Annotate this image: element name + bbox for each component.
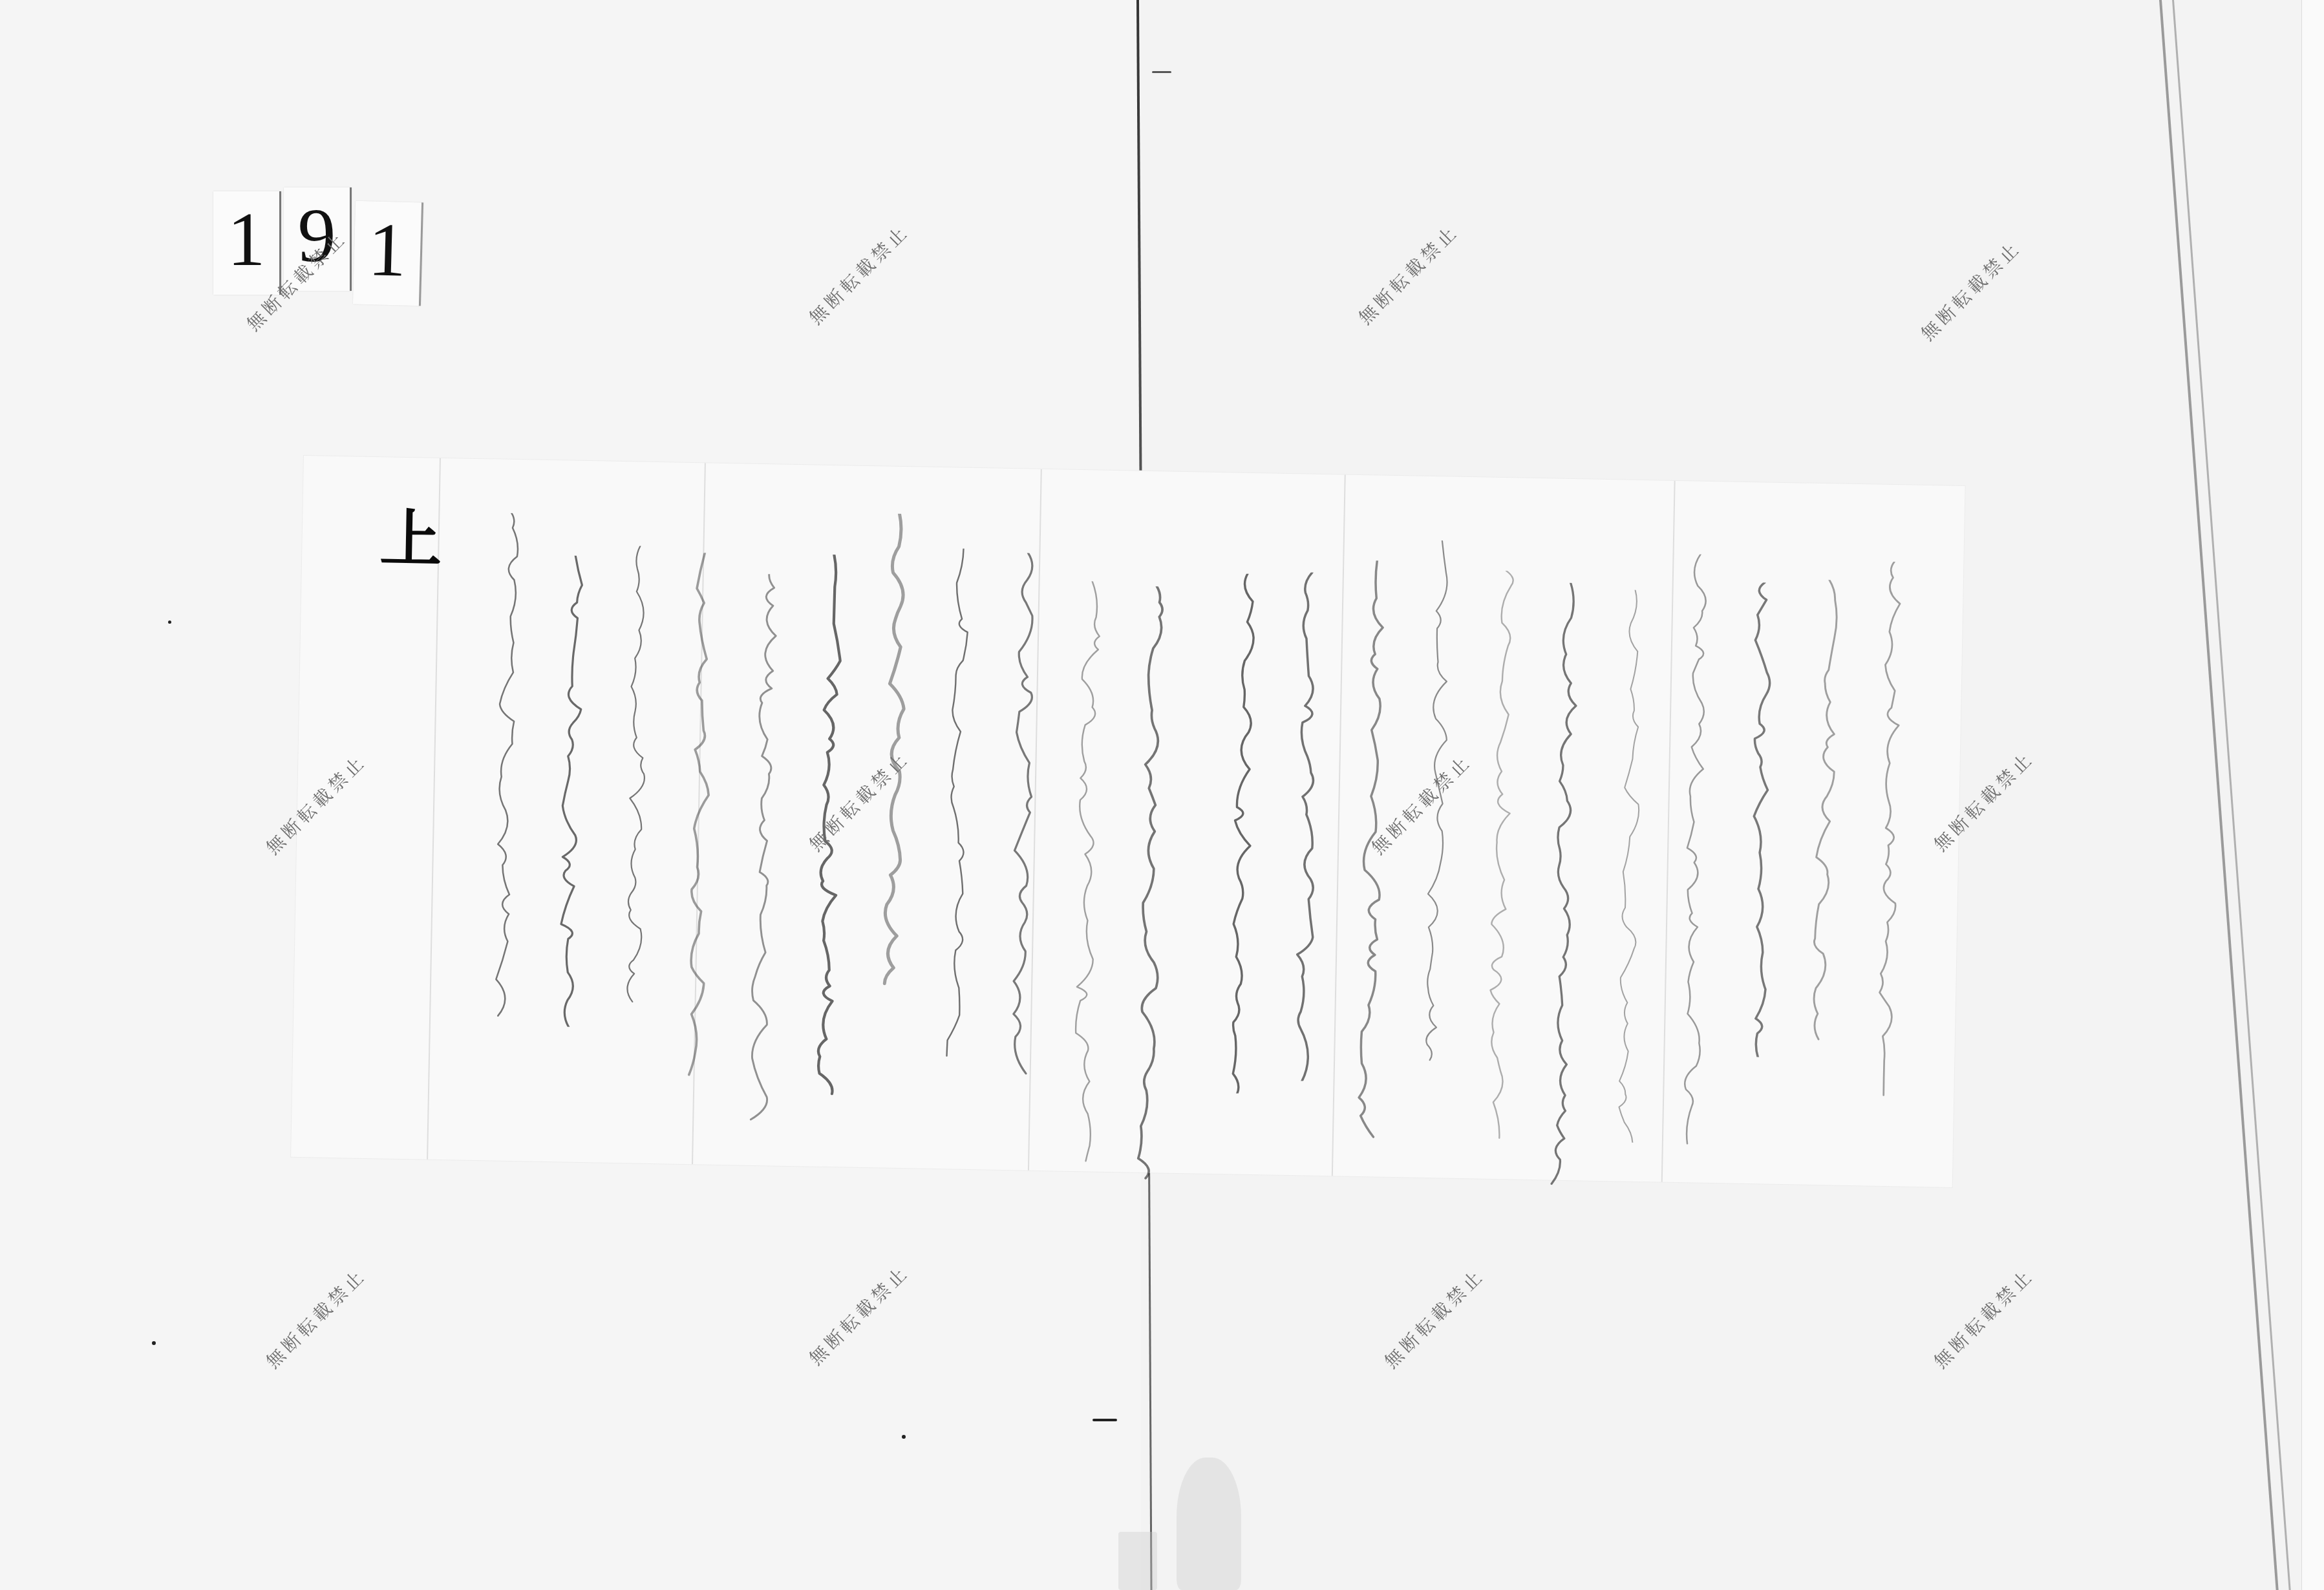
manuscript-letter: 上 bbox=[291, 456, 1965, 1187]
manuscript-column bbox=[1610, 590, 1650, 1143]
scan-speck bbox=[902, 1435, 906, 1439]
upper-marker: 上 bbox=[379, 489, 443, 579]
manuscript-column bbox=[1131, 586, 1172, 1187]
manuscript-column bbox=[680, 553, 720, 1088]
manuscript-column bbox=[1481, 571, 1521, 1147]
scan-speck bbox=[152, 1341, 156, 1345]
letter-fold-line bbox=[1332, 475, 1346, 1176]
manuscript-column bbox=[1544, 583, 1585, 1196]
page-edge-strip bbox=[2301, 0, 2324, 1590]
manuscript-column bbox=[1223, 573, 1263, 1094]
manuscript-column bbox=[487, 513, 527, 1033]
page-number-digit: 1 bbox=[353, 201, 423, 306]
manuscript-column bbox=[1067, 581, 1107, 1171]
manuscript-column bbox=[939, 548, 978, 1060]
manuscript-column bbox=[1288, 572, 1327, 1081]
manuscript-column bbox=[617, 546, 655, 1019]
manuscript-column bbox=[1003, 553, 1043, 1092]
manuscript-column bbox=[744, 574, 784, 1139]
page-number-digit: 1 bbox=[213, 191, 281, 295]
scan-smudge bbox=[1118, 1532, 1157, 1590]
manuscript-column bbox=[1870, 562, 1909, 1105]
letter-fold-line bbox=[1661, 481, 1676, 1182]
scan-speck bbox=[168, 620, 171, 624]
scan-mark bbox=[1093, 1419, 1117, 1421]
manuscript-column bbox=[552, 555, 590, 1027]
manuscript-column bbox=[1675, 554, 1716, 1149]
manuscript-column bbox=[1806, 580, 1844, 1054]
scan-smudge bbox=[1177, 1457, 1241, 1590]
manuscript-column bbox=[1741, 582, 1779, 1057]
scan-mark bbox=[1152, 71, 1171, 73]
